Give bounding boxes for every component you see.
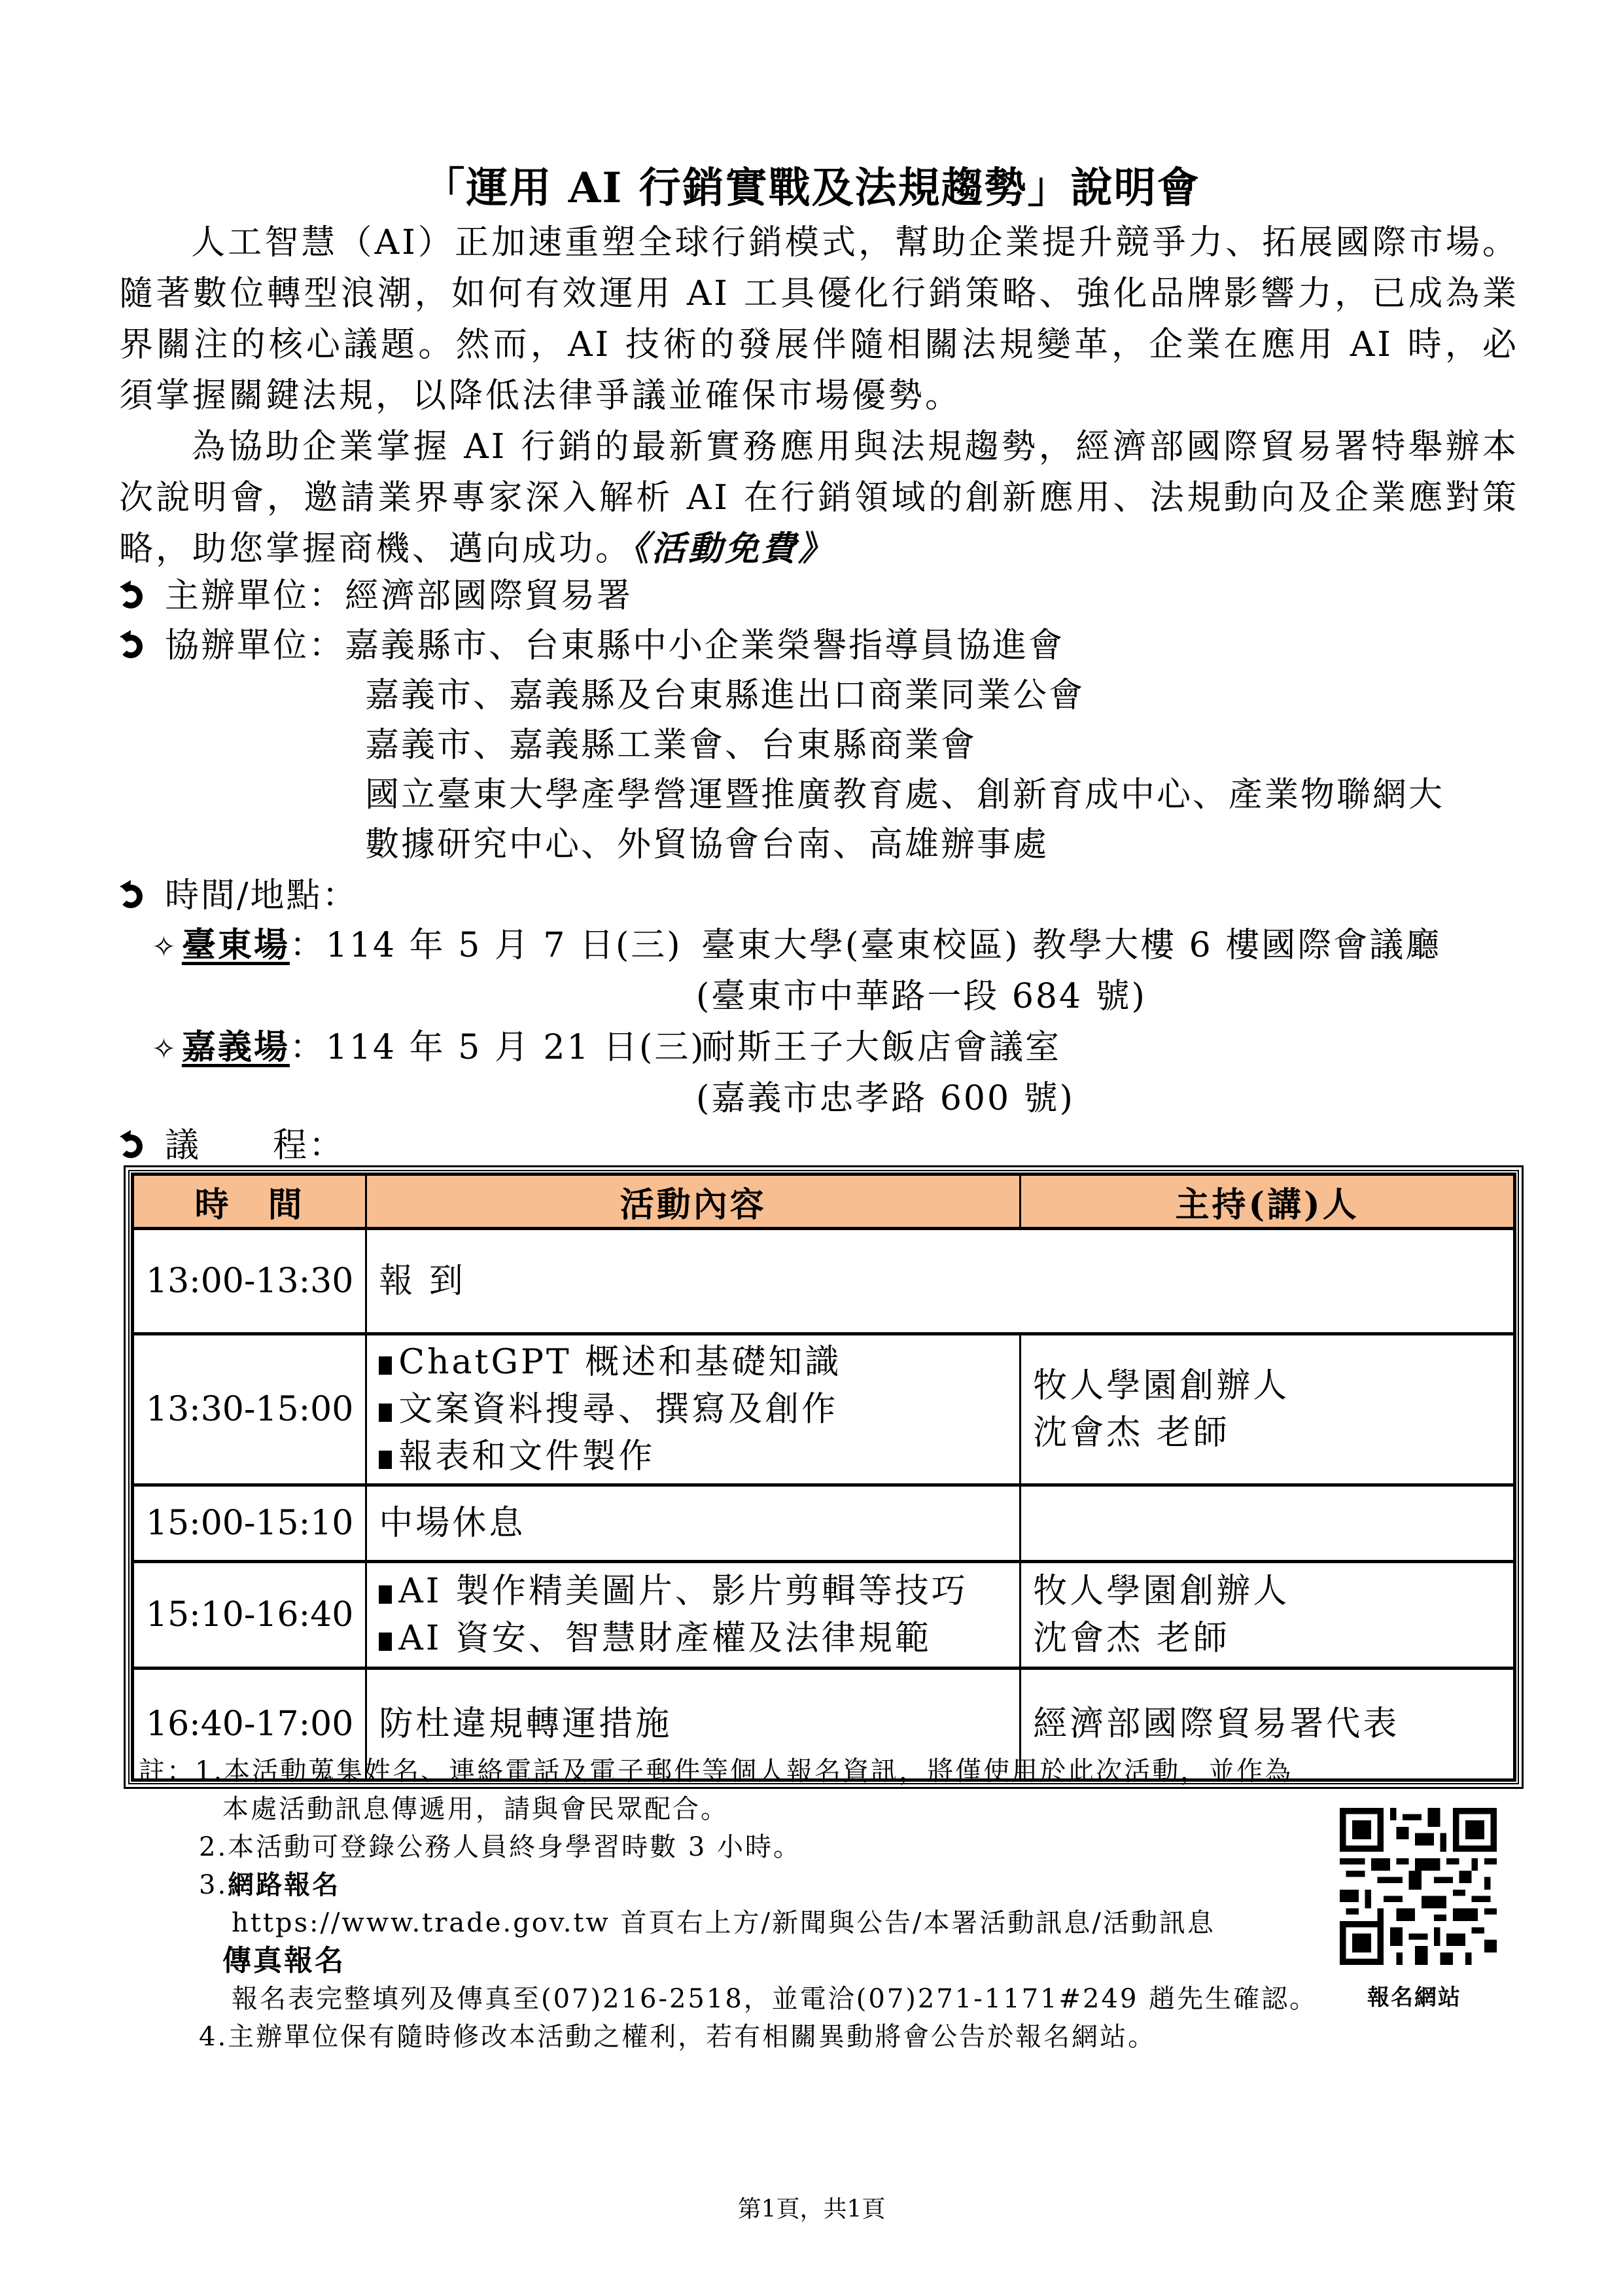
note-3: 3.網路報名 [139,1866,1414,1904]
cell-content: AI 製作精美圖片、影片剪輯等技巧 AI 資安、智慧財產權及法律規範 [366,1562,1021,1669]
square-bullet-icon [379,1633,392,1651]
table-row: 13:30-15:00 ChatGPT 概述和基礎知識 文案資料搜尋、撰寫及創作… [133,1334,1514,1485]
session-venue: 耐斯王子大飯店會議室 [701,1025,1061,1070]
qr-code-icon[interactable] [1340,1807,1497,1966]
online-registration-title: 網路報名 [228,1869,340,1900]
square-bullet-icon [379,1356,392,1375]
square-bullet-icon [379,1585,392,1604]
co-organizer-line: 協辦單位：嘉義縣市、台東縣中小企業榮譽指導員協進會 [119,623,1064,669]
qr-code-label: 報名網站 [1367,1979,1461,2011]
column-header-host: 主持(講)人 [1021,1175,1514,1229]
agenda-heading: 議 程： [119,1123,345,1169]
registration-link[interactable]: https://www.trade.gov.tw [232,1908,610,1938]
time-place-heading: 時間/地點： [119,873,358,919]
cell-time: 15:10-16:40 [133,1562,366,1669]
intro-paragraph-2: 為協助企業掌握 AI 行銷的最新實務應用與法規趨勢，經濟部國際貿易署特舉辦本次說… [119,421,1519,574]
co-organizer-line: 嘉義市、嘉義縣及台東縣進出口商業同業公會 [365,673,1085,718]
cell-content: 中場休息 [366,1485,1021,1562]
co-organizer-line: 嘉義市、嘉義縣工業會、台東縣商業會 [365,722,977,768]
session-date: ：114 年 5 月 21 日(三) [290,1028,706,1067]
agenda-table: 時 間 活動內容 主持(講)人 13:00-13:30 報 到 13:30-15… [132,1174,1515,1780]
circle-arrow-icon [119,885,143,908]
table-row: 13:00-13:30 報 到 [133,1229,1514,1334]
document-page: 「運用 AI 行銷實戰及法規趨勢」說明會 人工智慧（AI）正加速重塑全球行銷模式… [0,0,1623,2296]
session-address: (嘉義市忠孝路 600 號) [696,1076,1075,1122]
circle-arrow-icon [119,585,143,609]
cell-host: 牧人學園創辦人 沈會杰 老師 [1021,1334,1514,1485]
circle-arrow-icon [119,1135,143,1158]
agenda-table-frame: 時 間 活動內容 主持(講)人 13:00-13:30 報 到 13:30-15… [128,1170,1519,1784]
diamond-icon: ✧ [152,1033,178,1066]
square-bullet-icon [379,1451,392,1469]
session-venue: 臺東大學(臺東校區) 教學大樓 6 樓國際會議廳 [701,923,1441,968]
session-date: ：114 年 5 月 7 日(三) [290,926,682,965]
cell-host [1021,1485,1514,1562]
notes-section: 註：1.本活動蒐集姓名、連絡電話及電子郵件等個人報名資訊，將僅使用於此次活動，並… [139,1752,1414,2056]
square-bullet-icon [379,1404,392,1422]
cell-content: ChatGPT 概述和基礎知識 文案資料搜尋、撰寫及創作 報表和文件製作 [366,1334,1021,1485]
table-header-row: 時 間 活動內容 主持(講)人 [133,1175,1514,1229]
column-header-content: 活動內容 [366,1175,1021,1229]
table-row: 15:10-16:40 AI 製作精美圖片、影片剪輯等技巧 AI 資安、智慧財產… [133,1562,1514,1669]
column-header-time: 時 間 [133,1175,366,1229]
co-organizer-line: 數據研究中心、外貿協會台南、高雄辦事處 [365,822,1049,868]
session-name: 臺東場 [182,925,290,965]
session-chiayi: ✧嘉義場：114 年 5 月 21 日(三) [152,1025,706,1072]
organizer-line: 主辦單位：經濟部國際貿易署 [119,573,633,619]
cell-content: 報 到 [366,1229,1514,1334]
cell-time: 13:00-13:30 [133,1229,366,1334]
session-address: (臺東市中華路一段 684 號) [696,974,1147,1019]
free-tag: 《活動免費》 [632,529,835,569]
note-1-cont: 本處活動訊息傳遞用，請與會民眾配合。 [139,1790,1414,1828]
page-title: 「運用 AI 行銷實戰及法規趨勢」說明會 [0,154,1623,215]
co-organizer-line: 國立臺東大學產學營運暨推廣教育處、創新育成中心、產業物聯網大 [365,772,1444,818]
session-taitung: ✧臺東場：114 年 5 月 7 日(三) [152,923,682,970]
cell-time: 13:30-15:00 [133,1334,366,1485]
fax-registration-title: 傳真報名 [139,1942,1414,1980]
session-name: 嘉義場 [182,1027,290,1067]
fax-registration-text: 報名表完整填列及傳真至(07)216-2518，並電洽(07)271-1171#… [139,1980,1414,2018]
cell-host: 牧人學園創辦人 沈會杰 老師 [1021,1562,1514,1669]
table-row: 15:00-15:10 中場休息 [133,1485,1514,1562]
note-2: 2.本活動可登錄公務人員終身學習時數 3 小時。 [139,1828,1414,1866]
note-3-url-line: https://www.trade.gov.tw 首頁右上方/新聞與公告/本署活… [139,1904,1414,1942]
circle-arrow-icon [119,635,143,658]
intro-paragraph-1: 人工智慧（AI）正加速重塑全球行銷模式，幫助企業提升競爭力、拓展國際市場。隨著數… [119,217,1519,421]
cell-time: 15:00-15:10 [133,1485,366,1562]
page-number-footer: 第1頁，共1頁 [0,2191,1623,2224]
diamond-icon: ✧ [152,930,178,964]
note-4: 4.主辦單位保有隨時修改本活動之權利，若有相關異動將會公告於報名網站。 [139,2018,1414,2056]
note-1: 註：1.本活動蒐集姓名、連絡電話及電子郵件等個人報名資訊，將僅使用於此次活動，並… [139,1752,1414,1790]
